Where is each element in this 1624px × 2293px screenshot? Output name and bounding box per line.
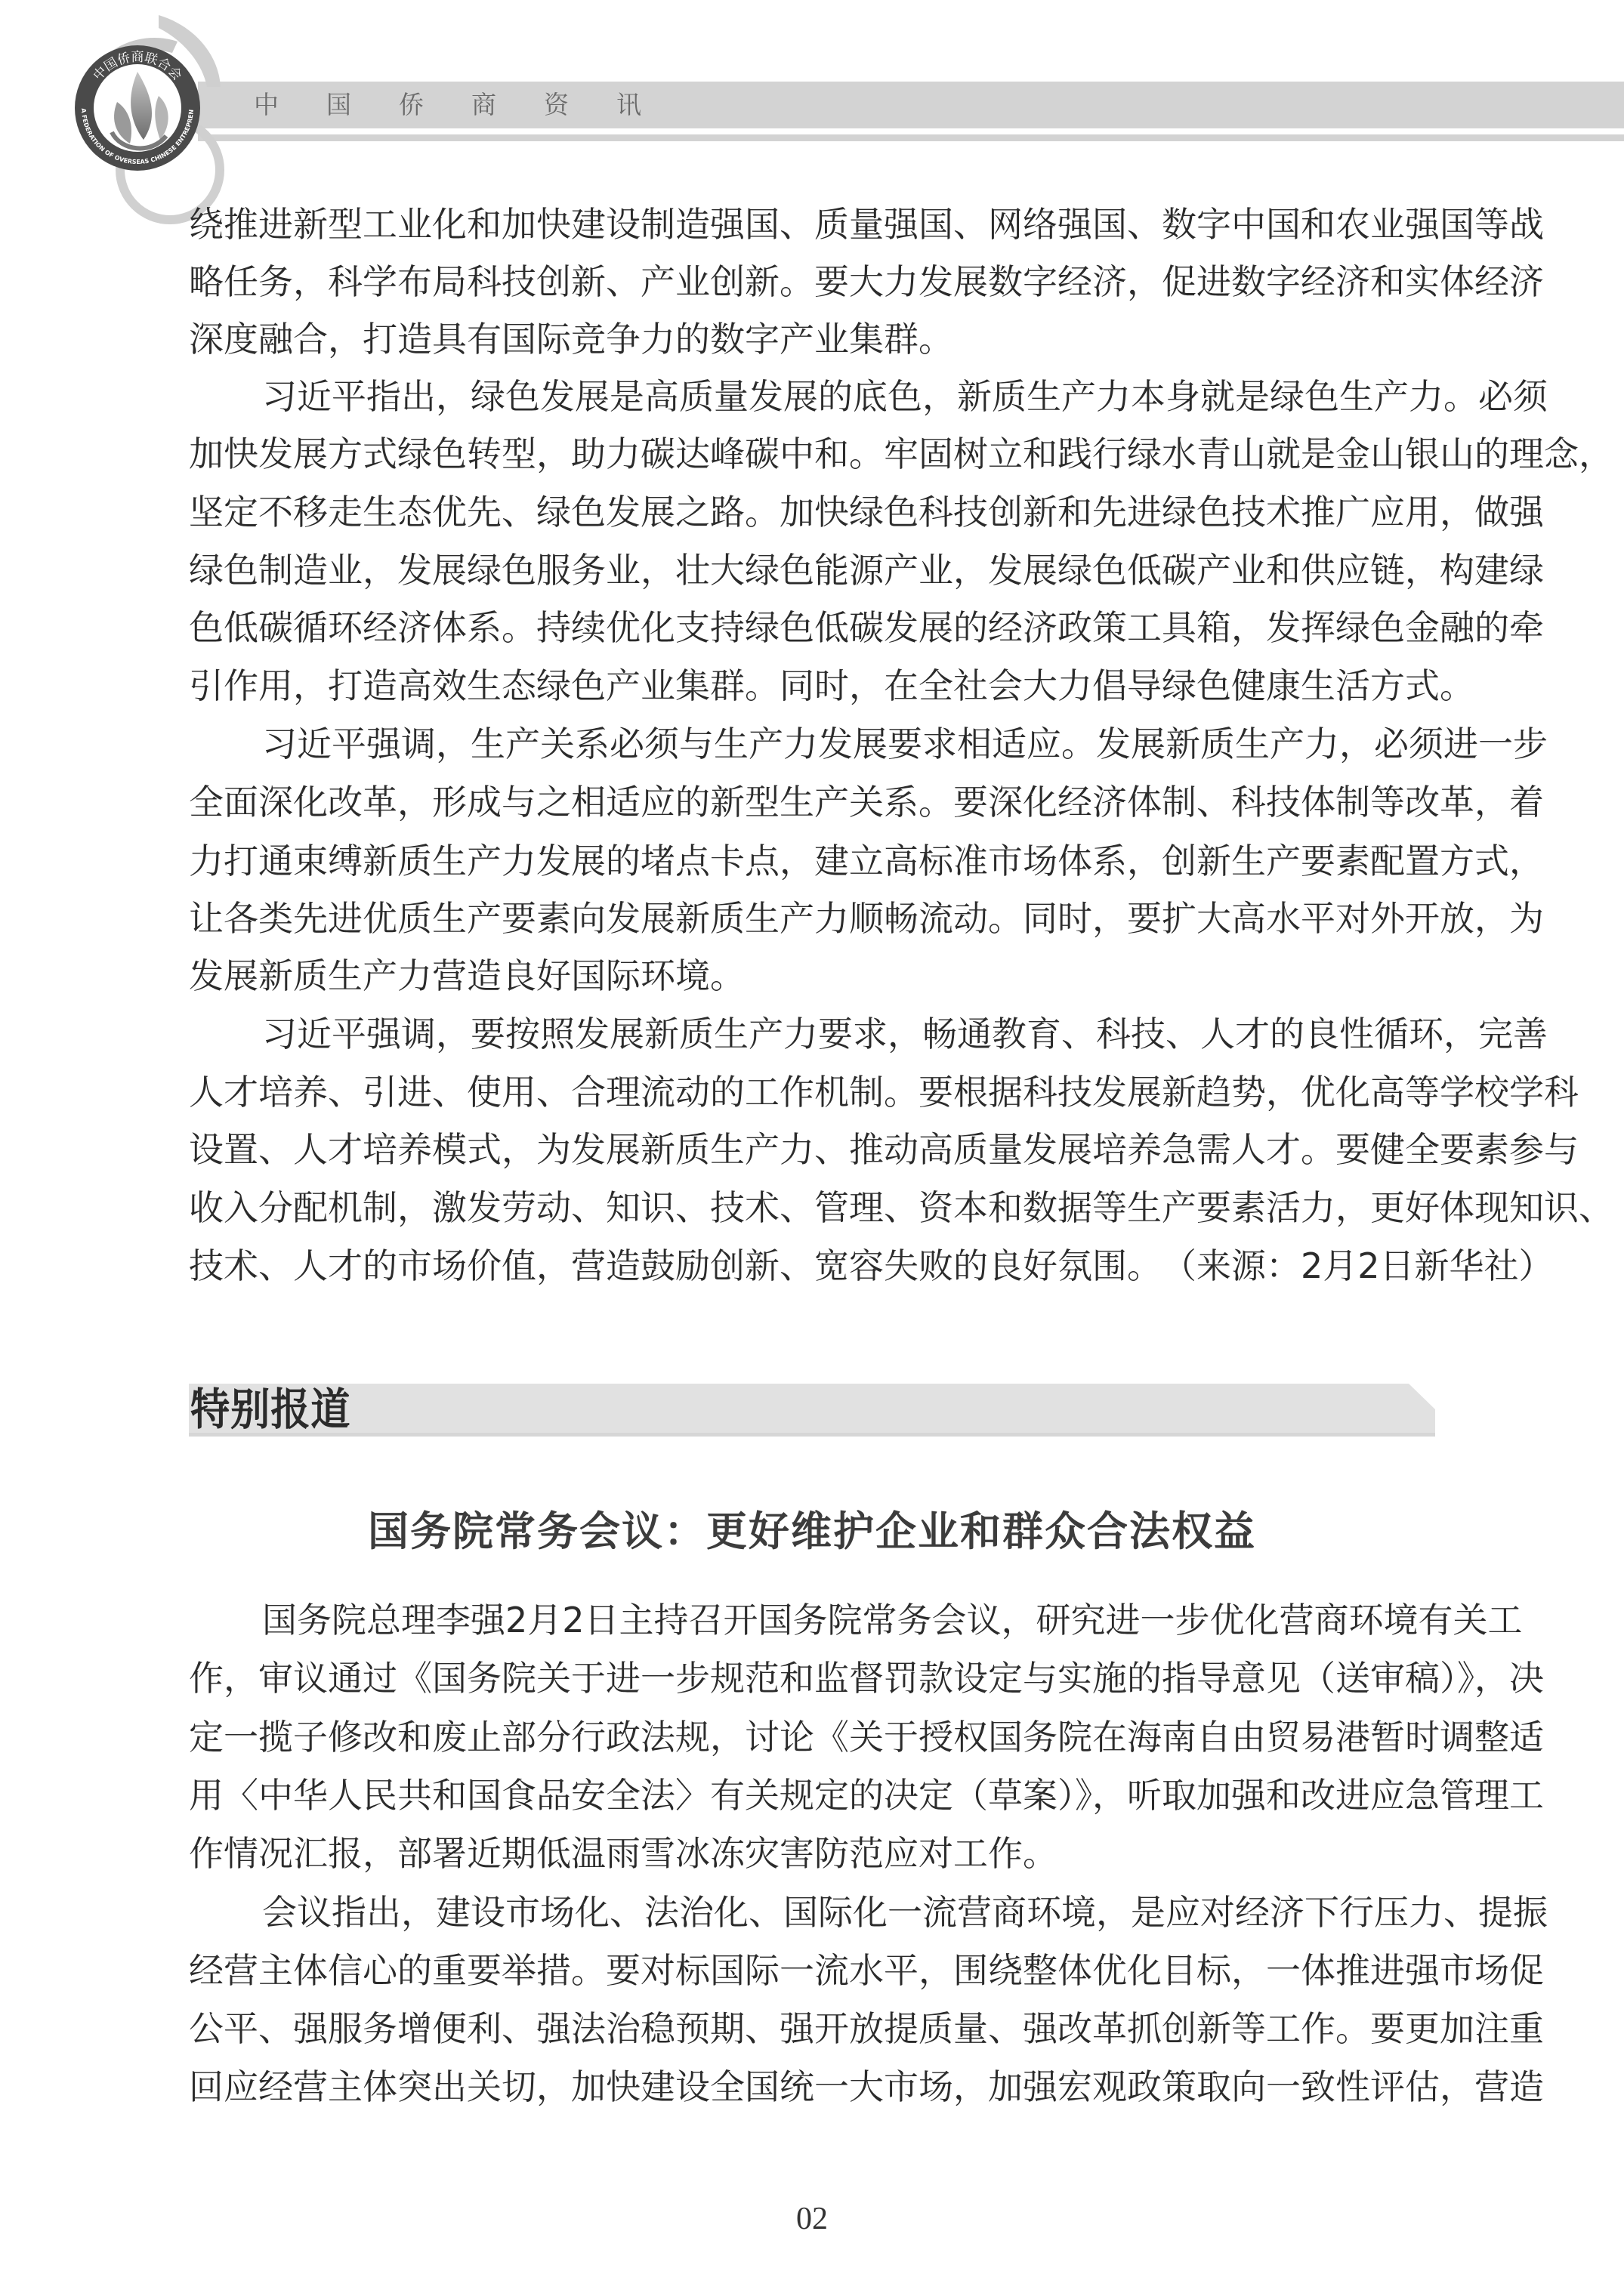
body-text-line: 全面深化改革，形成与之相适应的新型生产关系。要深化经济体制、科技体制等改革，着: [189, 779, 1435, 825]
publication-title-char: 侨: [399, 88, 471, 122]
body-text-line: 会议指出，建设市场化、法治化、国际化一流营商环境，是应对经济下行压力、提振: [262, 1890, 1435, 1935]
body-text-line: 习近平强调，生产关系必须与生产力发展要求相适应。发展新质生产力，必须进一步: [262, 721, 1435, 767]
body-text-line: 深度融合，打造具有国际竞争力的数字产业集群。: [189, 316, 1435, 362]
body-text-line: 绿色制造业，发展绿色服务业，壮大绿色能源产业，发展绿色低碳产业和供应链，构建绿: [189, 548, 1435, 593]
publication-title-char: 资: [544, 88, 616, 122]
body-text-line: 让各类先进优质生产要素向发展新质生产力顺畅流动。同时，要扩大高水平对外开放，为: [189, 896, 1435, 941]
body-text-line: 引作用，打造高效生态绿色产业集群。同时，在全社会大力倡导绿色健康生活方式。: [189, 663, 1435, 708]
body-text-line: 作情况汇报，部署近期低温雨雪冰冻灾害防范应对工作。: [189, 1831, 1435, 1876]
publication-title-char: 商: [471, 88, 544, 122]
body-text-line: 用〈中华人民共和国食品安全法〉有关规定的决定（草案）》，听取加强和改进应急管理工: [189, 1773, 1435, 1818]
body-text-line: 力打通束缚新质生产力发展的堵点卡点，建立高标准市场体系，创新生产要素配置方式，: [189, 838, 1435, 884]
body-text-line: 加快发展方式绿色转型，助力碳达峰碳中和。牢固树立和践行绿水青山就是金山银山的理念…: [189, 431, 1435, 477]
body-text-line: 发展新质生产力营造良好国际环境。: [189, 953, 1435, 998]
publication-title-char: 讯: [616, 88, 689, 122]
body-text-line: 略任务，科学布局科技创新、产业创新。要大力发展数字经济，促进数字经济和实体经济: [189, 259, 1435, 304]
page-number: 02: [0, 2201, 1624, 2237]
body-text-line: 设置、人才培养模式，为发展新质生产力、推动高质量发展培养急需人才。要健全要素参与: [189, 1127, 1435, 1172]
section-title: 特别报道: [190, 1384, 350, 1435]
body-text-line: 色低碳循环经济体系。持续优化支持绿色低碳发展的经济政策工具箱，发挥绿色金融的牵: [189, 605, 1435, 650]
publication-title-char: 国: [326, 88, 399, 122]
organization-seal-logo-icon: 中国侨商联合会 CHINA FEDERATION OF OVERSEAS CHI…: [45, 11, 272, 230]
body-text-line: 人才培养、引进、使用、合理流动的工作机制。要根据科技发展新趋势，优化高等学校学科: [189, 1069, 1435, 1115]
body-text-line: 习近平指出，绿色发展是高质量发展的底色，新质生产力本身就是绿色生产力。必须: [262, 374, 1435, 419]
body-text-line: 绕推进新型工业化和加快建设制造强国、质量强国、网络强国、数字中国和农业强国等战: [189, 202, 1435, 247]
body-text-line: 收入分配机制，激发劳动、知识、技术、管理、资本和数据等生产要素活力，更好体现知识…: [189, 1185, 1435, 1230]
body-text-line: 习近平强调，要按照发展新质生产力要求，畅通教育、科技、人才的良性循环，完善: [262, 1011, 1435, 1057]
header-rule: [198, 134, 1624, 141]
section-header-rule: [189, 1433, 1435, 1437]
body-text-line: 作，审议通过《国务院关于进一步规范和监督罚款设定与实施的指导意见（送审稿）》，决: [189, 1656, 1435, 1701]
source-attribution-line: 技术、人才的市场价值，营造鼓励创新、宽容失败的良好氛围。 （来源：2月2日新华社…: [189, 1243, 1435, 1288]
article-title: 国务院常务会议：更好维护企业和群众合法权益: [0, 1508, 1624, 1556]
body-text-line: 回应经营主体突出关切，加快建设全国统一大市场，加强宏观政策取向一致性评估，营造: [189, 2064, 1435, 2109]
body-text-line: 坚定不移走生态优先、绿色发展之路。加快绿色科技创新和先进绿色技术推广应用，做强: [189, 489, 1435, 535]
body-text-line: 经营主体信心的重要举措。要对标国际一流水平，围绕整体优化目标，一体推进强市场促: [189, 1948, 1435, 1993]
body-text-line: 定一揽子修改和废止部分行政法规，讨论《关于授权国务院在海南自由贸易港暂时调整适: [189, 1714, 1435, 1760]
body-text-line: 国务院总理李强2月2日主持召开国务院常务会议，研究进一步优化营商环境有关工: [262, 1597, 1435, 1643]
body-text-line: 公平、强服务增便利、强法治稳预期、强开放提质量、强改革抓创新等工作。要更加注重: [189, 2006, 1435, 2051]
section-header-band: [189, 1384, 1435, 1434]
publication-title: 中 国 侨 商 资 讯: [254, 88, 689, 122]
